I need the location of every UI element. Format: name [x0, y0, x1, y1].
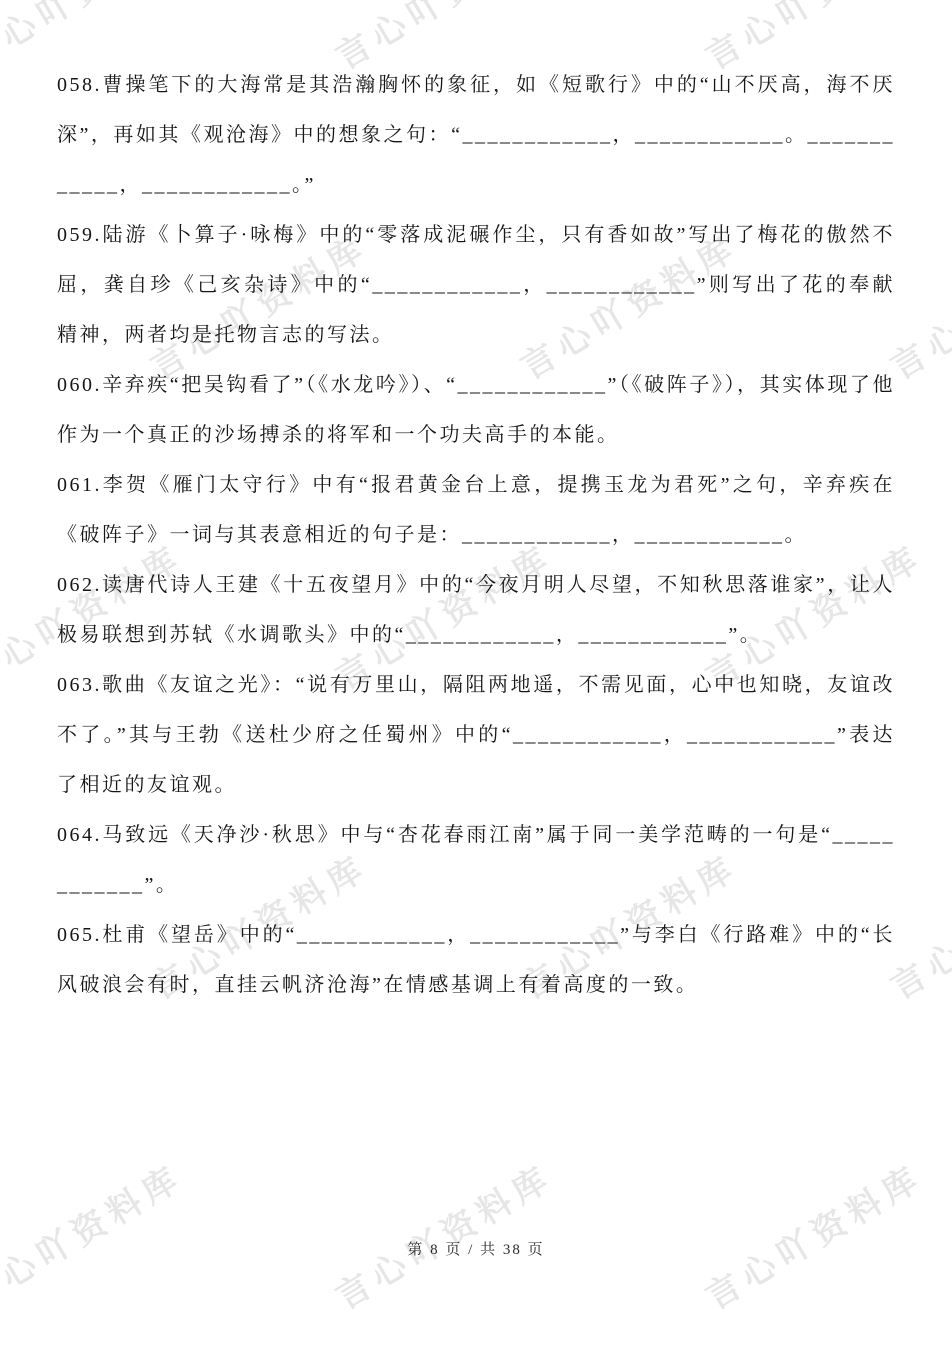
watermark-text: 言心吖资料库 — [0, 840, 6, 1009]
page-footer: 第 8 页 / 共 38 页 — [0, 1238, 952, 1259]
question-061: 061.李贺《雁门太守行》中有“报君黄金台上意，提携玉龙为君死”之句，辛弃疾在《… — [57, 460, 895, 560]
document-body: 058.曹操笔下的大海常是其浩瀚胸怀的象征，如《短歌行》中的“山不厌高，海不厌深… — [57, 60, 895, 1010]
question-060: 060.辛弃疾“把吴钩看了”（《水龙吟》）、“____________”（《破阵… — [57, 360, 895, 460]
question-064: 064.马致远《天净沙·秋思》中与“杏花春雨江南”属于同一美学范畴的一句是“__… — [57, 810, 895, 910]
question-062: 062.读唐代诗人王建《十五夜望月》中的“今夜月明人尽望，不知秋思落谁家”，让人… — [57, 560, 895, 660]
question-065: 065.杜甫《望岳》中的“____________，____________”与… — [57, 910, 895, 1010]
question-063: 063.歌曲《友谊之光》：“说有万里山，隔阻两地遥，不需见面，心中也知晓，友谊改… — [57, 660, 895, 810]
question-059: 059.陆游《卜算子·咏梅》中的“零落成泥碾作尘，只有香如故”写出了梅花的傲然不… — [57, 210, 895, 360]
watermark-text: 言心吖资料库 — [695, 1150, 931, 1319]
watermark-text: 言心吖资料库 — [0, 1150, 191, 1319]
page: 言心吖资料库言心吖资料库言心吖资料库言心吖资料库言心吖资料库言心吖资料库言心吖资… — [0, 0, 952, 1347]
watermark-text: 言心吖资料库 — [325, 1150, 561, 1319]
page-number-label: 第 8 页 / 共 38 页 — [407, 1242, 544, 1258]
question-058: 058.曹操笔下的大海常是其浩瀚胸怀的象征，如《短歌行》中的“山不厌高，海不厌深… — [57, 60, 895, 210]
watermark-text: 言心吖资料库 — [0, 220, 6, 389]
